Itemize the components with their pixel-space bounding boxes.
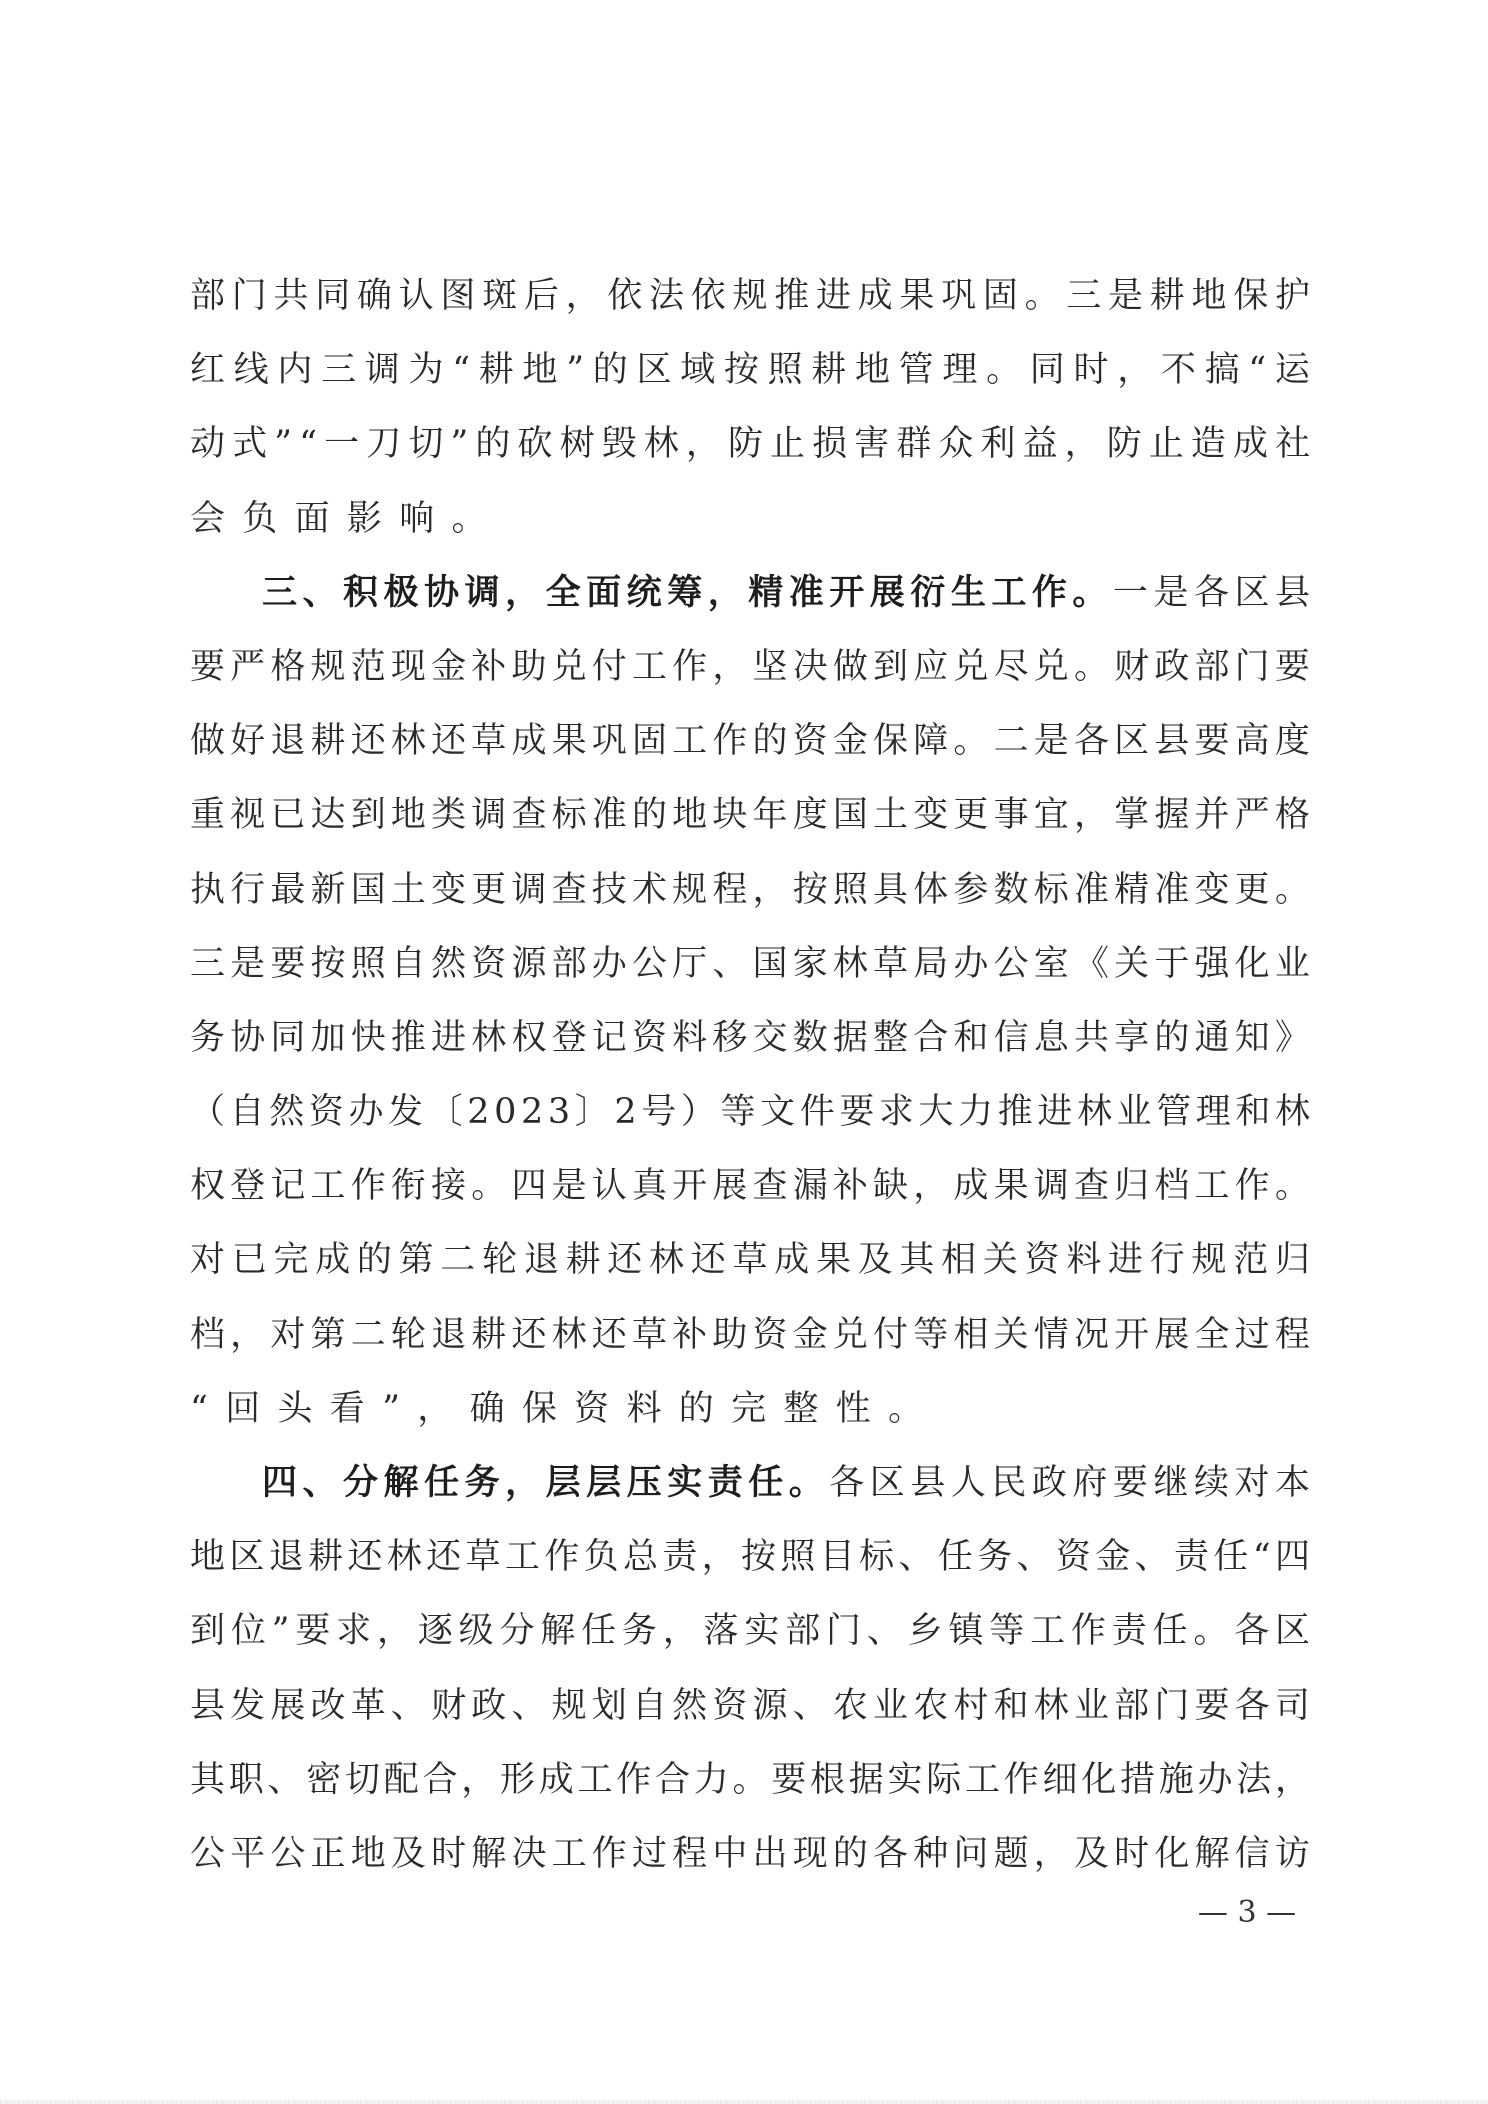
document-page: 部门共同确认图斑后，依法依规推进成果巩固。三是耕地保护红线内三调为“耕地”的区域… <box>0 0 1488 2104</box>
paragraph-heading-line: 三、积极协调，全面统筹，精准开展衍生工作。一是各区县 <box>190 565 1310 639</box>
body-text: “回头看”，确保资料的完整性。 <box>190 1389 940 1429</box>
text-line: 其职、密切配合，形成工作合力。要根据实际工作细化措施办法， <box>190 1752 1310 1826</box>
text-line: 务协同加快推进林权登记资料移交数据整合和信息共享的通知》 <box>190 1010 1310 1084</box>
text-line: 公平公正地及时解决工作过程中出现的各种问题，及时化解信访 <box>190 1826 1310 1900</box>
body-text: 部门共同确认图斑后，依法依规推进成果巩固。三是耕地保护 <box>190 276 1317 316</box>
body-text: 动式”“一刀切”的砍树毁林，防止损害群众利益，防止造成社 <box>190 424 1317 464</box>
paragraph-heading-line: 四、分解任务，层层压实责任。各区县人民政府要继续对本 <box>190 1455 1310 1529</box>
text-line: 重视已达到地类调查标准的地块年度国土变更事宜，掌握并严格 <box>190 787 1310 861</box>
text-line: （自然资办发〔2023〕2号）等文件要求大力推进林业管理和林 <box>190 1084 1310 1158</box>
section-heading: 三、积极协调，全面统筹，精准开展衍生工作。 <box>262 573 1113 613</box>
body-text: 执行最新国土变更调查技术规程，按照具体参数标准精准变更。 <box>190 870 1315 910</box>
document-body: 部门共同确认图斑后，依法依规推进成果巩固。三是耕地保护红线内三调为“耕地”的区域… <box>190 268 1310 1900</box>
section-heading: 四、分解任务，层层压实责任。 <box>262 1463 829 1503</box>
body-text: 红线内三调为“耕地”的区域按照耕地管理。同时，不搞“运 <box>190 350 1319 390</box>
body-text: 地区退耕还林还草工作负总责，按照目标、任务、资金、责任“四 <box>190 1537 1314 1577</box>
body-text: 县发展改革、财政、规划自然资源、农业农村和林业部门要各司 <box>190 1686 1315 1726</box>
text-line: 到位”要求，逐级分解任务，落实部门、乡镇等工作责任。各区 <box>190 1603 1310 1677</box>
body-text: 重视已达到地类调查标准的地块年度国土变更事宜，掌握并严格 <box>190 795 1315 835</box>
body-text: 到位”要求，逐级分解任务，落实部门、乡镇等工作责任。各区 <box>190 1611 1316 1651</box>
text-line: 要严格规范现金补助兑付工作，坚决做到应兑尽兑。财政部门要 <box>190 639 1310 713</box>
text-line: “回头看”，确保资料的完整性。 <box>190 1381 1310 1455</box>
body-text: 要严格规范现金补助兑付工作，坚决做到应兑尽兑。财政部门要 <box>190 647 1315 687</box>
text-line: 县发展改革、财政、规划自然资源、农业农村和林业部门要各司 <box>190 1678 1310 1752</box>
text-line: 对已完成的第二轮退耕还林还草成果及其相关资料进行规范归 <box>190 1232 1310 1306</box>
body-text: （自然资办发〔2023〕2号）等文件要求大力推进林业管理和林 <box>190 1092 1315 1132</box>
text-line: 做好退耕还林还草成果巩固工作的资金保障。二是各区县要高度 <box>190 713 1310 787</box>
text-line: 地区退耕还林还草工作负总责，按照目标、任务、资金、责任“四 <box>190 1529 1310 1603</box>
body-text: 务协同加快推进林权登记资料移交数据整合和信息共享的通知》 <box>190 1018 1315 1058</box>
text-line: 部门共同确认图斑后，依法依规推进成果巩固。三是耕地保护 <box>190 268 1310 342</box>
body-text: 会负面影响。 <box>190 499 504 539</box>
body-text: 对已完成的第二轮退耕还林还草成果及其相关资料进行规范归 <box>190 1240 1317 1280</box>
page-number: — 3 — <box>1182 1893 1312 1933</box>
body-text: 其职、密切配合，形成工作合力。要根据实际工作细化措施办法， <box>190 1760 1314 1800</box>
text-line: 执行最新国土变更调查技术规程，按照具体参数标准精准变更。 <box>190 862 1310 936</box>
text-line: 动式”“一刀切”的砍树毁林，防止损害群众利益，防止造成社 <box>190 416 1310 490</box>
text-line: 权登记工作衔接。四是认真开展查漏补缺，成果调查归档工作。 <box>190 1158 1310 1232</box>
text-line: 红线内三调为“耕地”的区域按照耕地管理。同时，不搞“运 <box>190 342 1310 416</box>
body-text: 权登记工作衔接。四是认真开展查漏补缺，成果调查归档工作。 <box>190 1166 1315 1206</box>
text-line: 三是要按照自然资源部办公厅、国家林草局办公室《关于强化业 <box>190 936 1310 1010</box>
body-text: 各区县人民政府要继续对本 <box>829 1463 1315 1503</box>
body-text: 三是要按照自然资源部办公厅、国家林草局办公室《关于强化业 <box>190 944 1315 984</box>
scan-edge-artifact <box>0 2100 1488 2104</box>
text-line: 会负面影响。 <box>190 491 1310 565</box>
text-line: 档，对第二轮退耕还林还草补助资金兑付等相关情况开展全过程 <box>190 1307 1310 1381</box>
body-text: 做好退耕还林还草成果巩固工作的资金保障。二是各区县要高度 <box>190 721 1315 761</box>
body-text: 一是各区县 <box>1113 573 1316 613</box>
body-text: 档，对第二轮退耕还林还草补助资金兑付等相关情况开展全过程 <box>190 1315 1315 1355</box>
body-text: 公平公正地及时解决工作过程中出现的各种问题，及时化解信访 <box>190 1834 1315 1874</box>
